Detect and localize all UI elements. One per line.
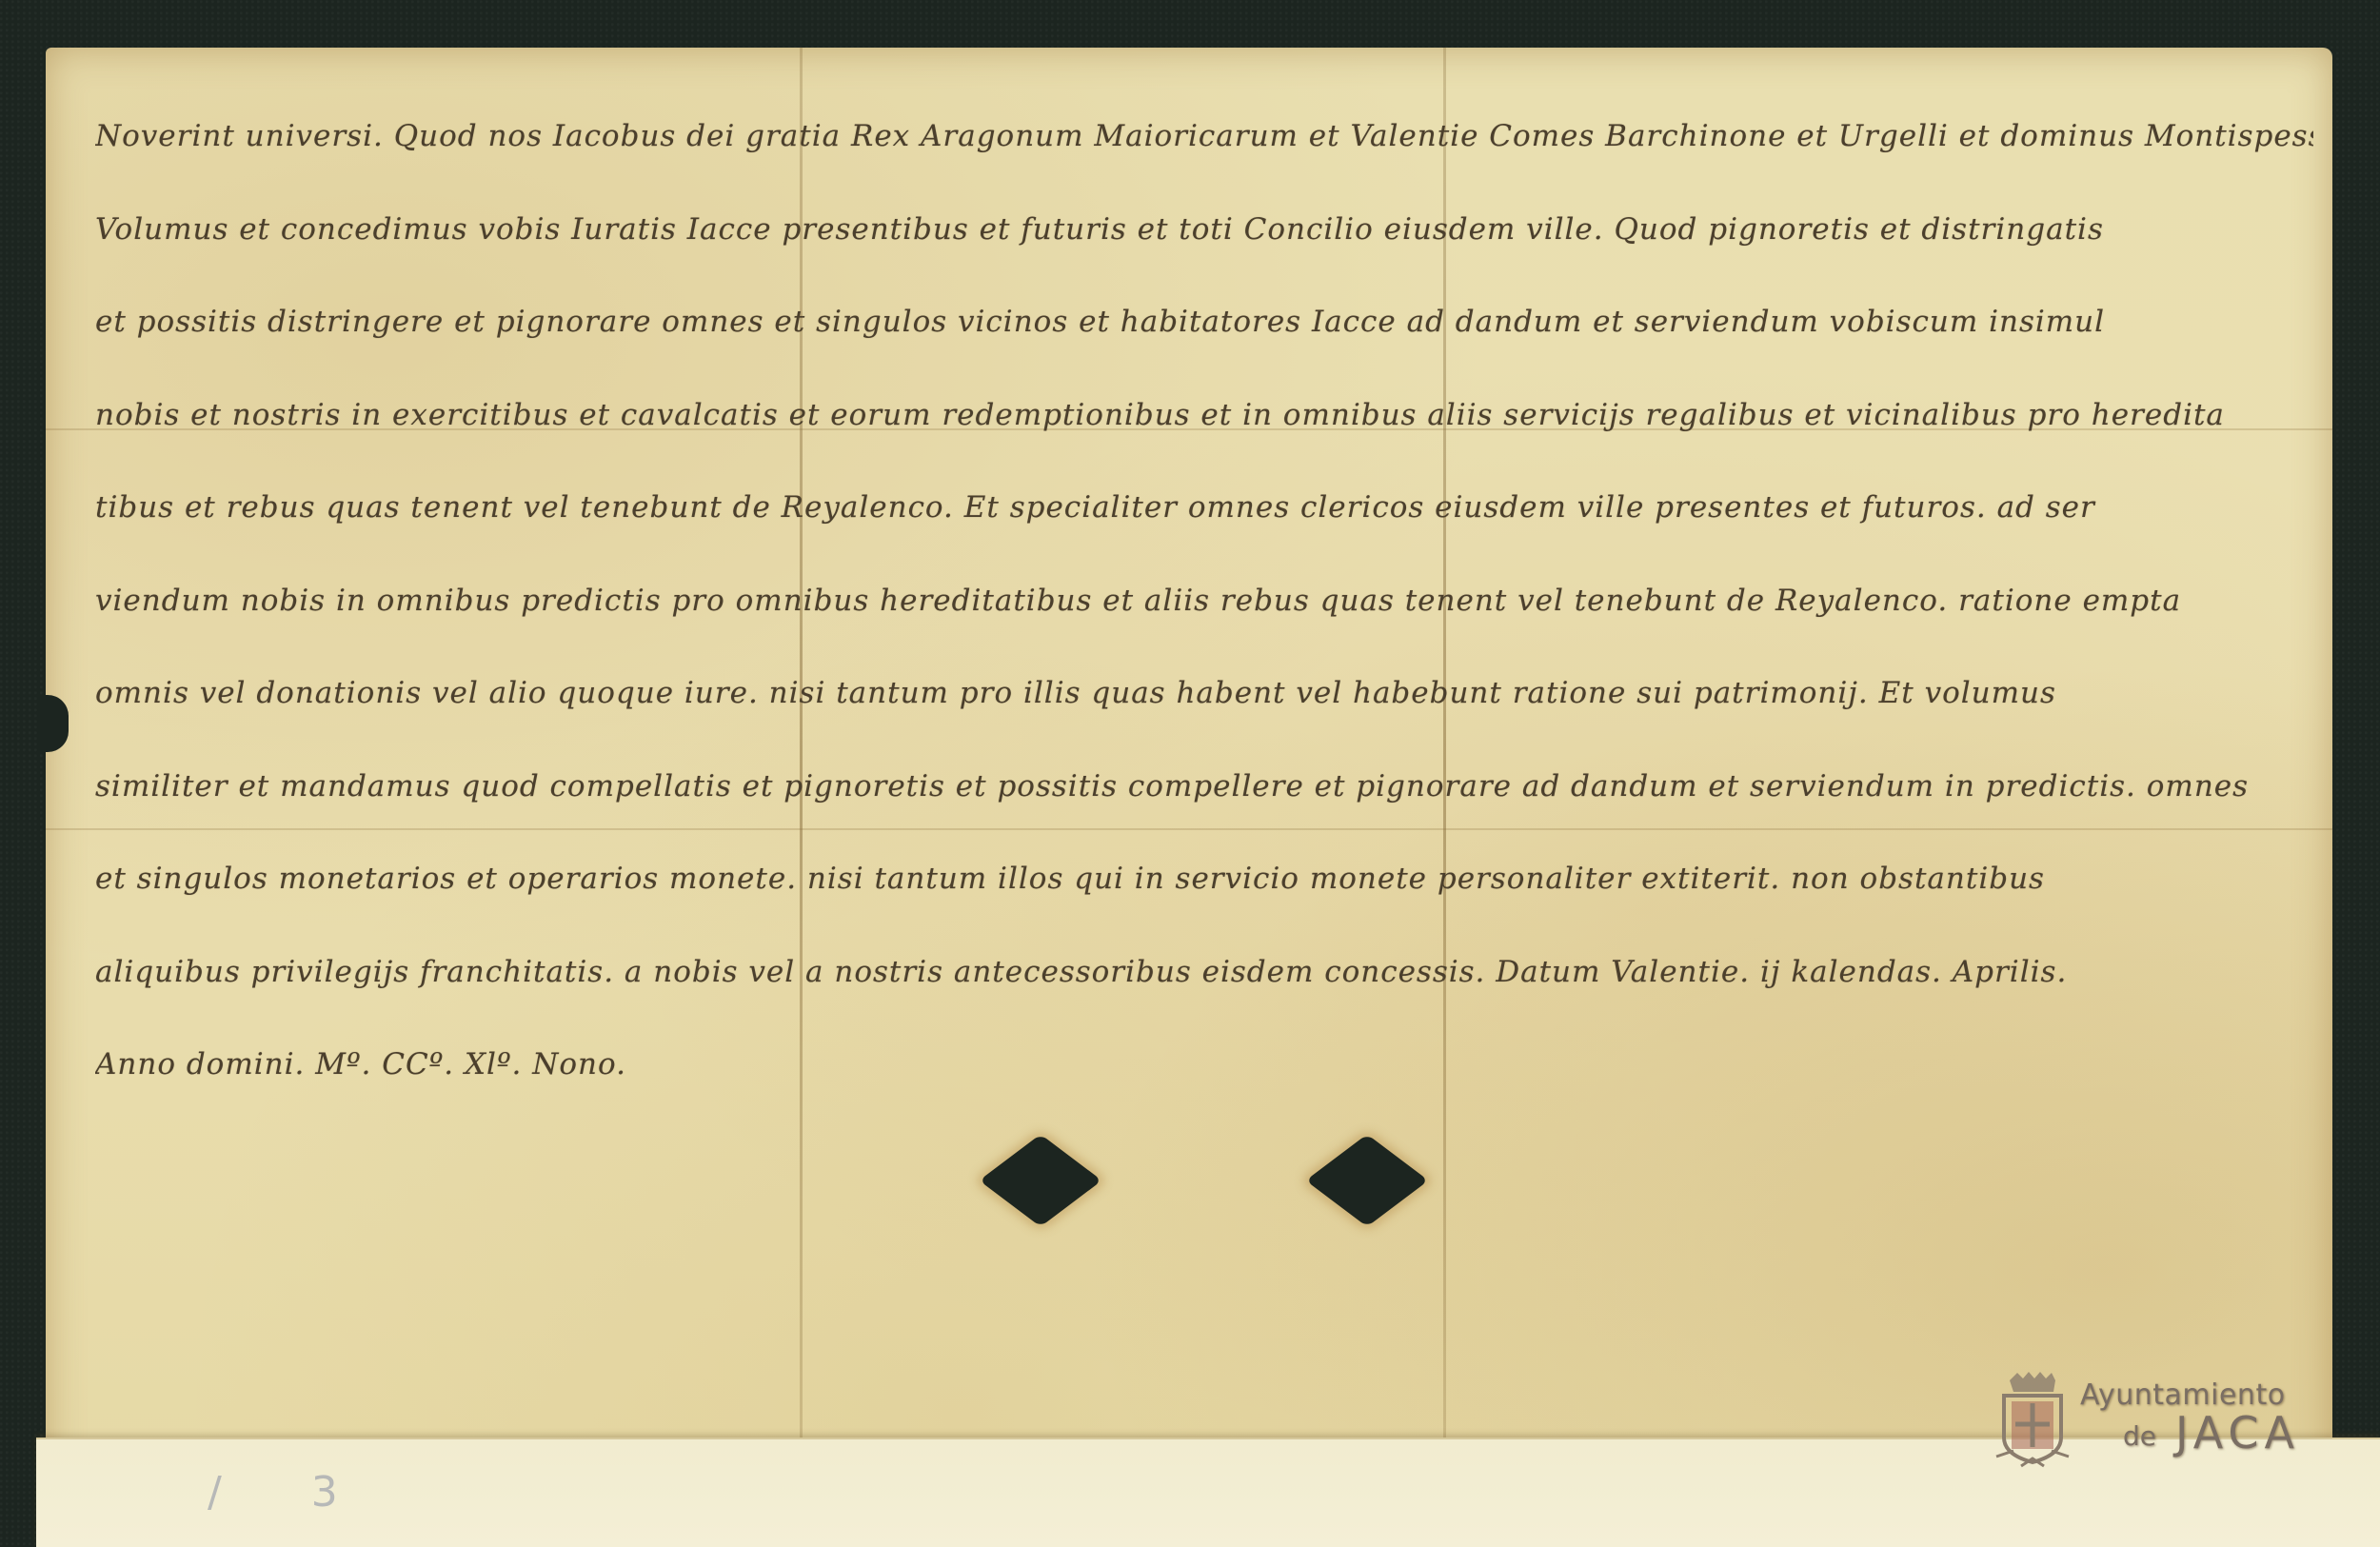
text-line-9: et singulos monetarios et operarios mone…	[95, 833, 2313, 926]
pencil-annotation: / 3	[208, 1468, 376, 1517]
edge-notch	[38, 695, 69, 752]
seal-cord-hole	[1305, 1134, 1428, 1226]
text-line-3: et possitis distringere et pignorare omn…	[95, 276, 2313, 369]
text-line-4: nobis et nostris in exercitibus et caval…	[95, 369, 2313, 463]
text-line-10: aliquibus privilegijs franchitatis. a no…	[95, 926, 2313, 1020]
text-line-7: omnis vel donationis vel alio quoque iur…	[95, 647, 2313, 741]
text-line-5: tibus et rebus quas tenent vel tenebunt …	[95, 462, 2313, 555]
ayuntamiento-jaca-watermark: Ayuntamiento de JACA	[1994, 1371, 2375, 1476]
text-line-2: Volumus et concedimus vobis Iuratis Iacc…	[95, 184, 2313, 277]
text-line-1: Noverint universi. Quod nos Iacobus dei …	[95, 90, 2313, 184]
charter-text: Noverint universi. Quod nos Iacobus dei …	[95, 90, 2313, 1112]
text-line-8: similiter et mandamus quod compellatis e…	[95, 741, 2313, 834]
text-line-11-dating: Anno domini. Mº. CCº. Xlº. Nono.	[95, 1019, 2313, 1112]
watermark-jaca: JACA	[2175, 1407, 2300, 1458]
watermark-de: de	[2123, 1420, 2156, 1452]
crest-icon	[1994, 1371, 2071, 1471]
text-line-6: viendum nobis in omnibus predictis pro o…	[95, 555, 2313, 648]
seal-cord-hole	[979, 1134, 1101, 1226]
